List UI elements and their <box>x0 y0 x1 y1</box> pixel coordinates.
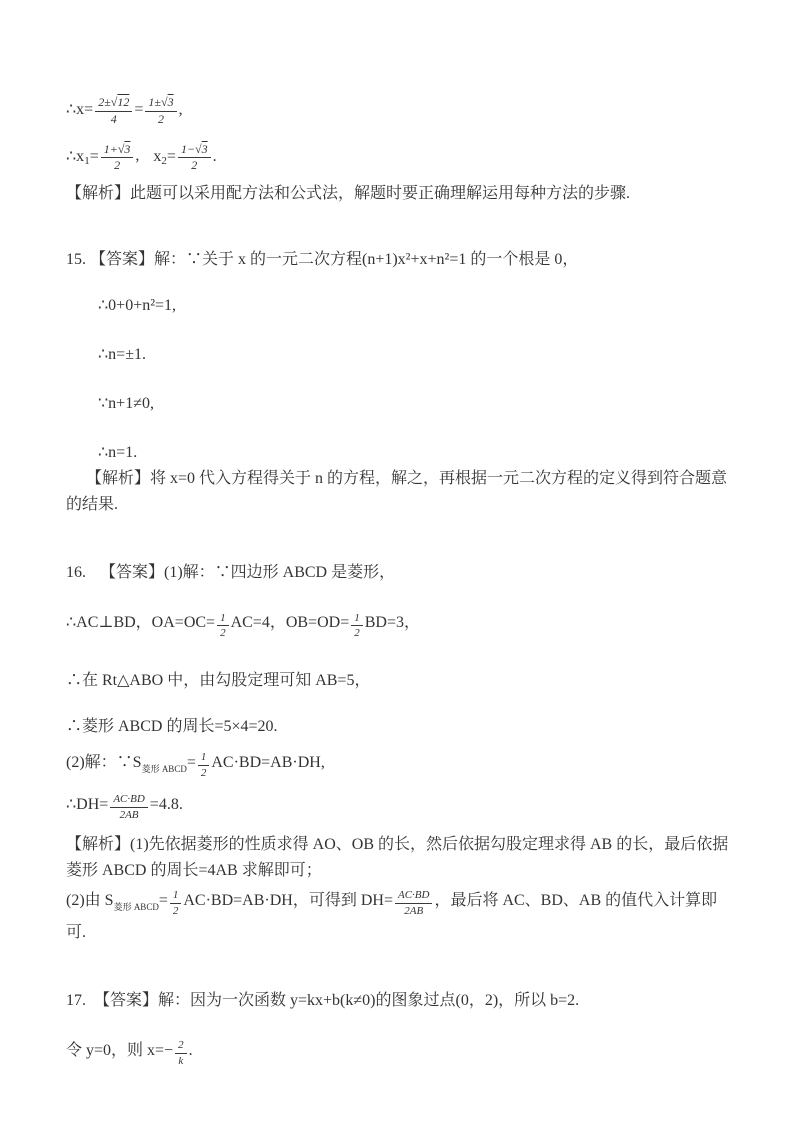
math-text: 1−√ <box>181 142 202 156</box>
question-16-solution: 16.【答案】(1)解：∵四边形 ABCD 是菱形， ∴AC⊥BD，OA=OC=… <box>66 560 731 945</box>
solution-step: ∴n=±1. <box>98 342 731 368</box>
math-text: =4.8. <box>150 796 183 813</box>
math-text: AC=4，OB=OD= <box>231 614 350 631</box>
fraction-denominator: 4 <box>95 112 132 127</box>
math-fraction: AC·BD2AB <box>110 793 147 821</box>
answer-text: 【答案】(1)解：∵四边形 ABCD 是菱形， <box>100 564 395 581</box>
math-text: AC·BD=AB·DH，可得到 DH= <box>183 892 393 909</box>
solution-step: ∴在 Rt△ABO 中，由勾股定理可知 AB=5， <box>66 668 731 694</box>
fraction-numerator: 2 <box>175 1039 187 1054</box>
fraction-denominator: 2AB <box>395 904 432 918</box>
math-text: 1+√ <box>104 142 125 156</box>
question-heading: 17.【答案】解：因为一次函数 y=kx+b(k≠0)的图象过点(0，2)，所以… <box>66 988 731 1014</box>
sqrt-radicand: 12 <box>117 95 129 109</box>
fraction-denominator: 2 <box>217 626 229 640</box>
question-14-solution: ∴x=2±√124=1±√32, ∴x1=1+√32,x2=1−√32. 【解析… <box>66 96 731 207</box>
math-text: ∴DH= <box>66 796 108 813</box>
math-text: . <box>213 147 217 164</box>
math-fraction: 1+√32 <box>101 143 134 174</box>
fraction-numerator: 2±√12 <box>95 96 132 112</box>
math-fraction: 2k <box>175 1039 187 1067</box>
fraction-numerator: AC·BD <box>110 793 147 808</box>
fraction-denominator: 2 <box>170 904 182 918</box>
fraction-denominator: k <box>175 1054 187 1068</box>
analysis-paragraph: 【解析】(1)先依据菱形的性质求得 AO、OB 的长，然后依据勾股定理求得 AB… <box>66 832 731 884</box>
formula-line-x1-x2: ∴x1=1+√32,x2=1−√32. <box>66 143 731 174</box>
math-text: (2)由 S <box>66 892 114 909</box>
fraction-numerator: 1−√3 <box>178 143 211 159</box>
math-text: BD=3， <box>365 614 420 631</box>
formula-line-dh: ∴DH=AC·BD2AB=4.8. <box>66 792 731 822</box>
math-text: , <box>179 101 183 118</box>
fraction-denominator: 2AB <box>110 808 147 822</box>
solution-step: ∴n=1. <box>98 440 731 466</box>
analysis-paragraph: 【解析】此题可以采用配方法和公式法，解题时要正确理解运用每种方法的步骤. <box>66 181 731 207</box>
solution-step: ∴0+0+n²=1, <box>98 293 731 319</box>
math-fraction: 12 <box>198 751 210 779</box>
formula-line-x-roots: ∴x=2±√124=1±√32, <box>66 96 731 127</box>
fraction-numerator: 1+√3 <box>101 143 134 159</box>
answer-text: 【答案】解：∵关于 x 的一元二次方程(n+1)x²+x+n²=1 的一个根是 … <box>90 251 578 268</box>
fraction-denominator: 2 <box>178 158 211 173</box>
fraction-numerator: 1 <box>198 751 210 766</box>
subscript-rhombus-label: 菱形 ABCD <box>142 764 187 774</box>
solution-step: ∴菱形 ABCD 的周长=5×4=20. <box>66 714 731 740</box>
sqrt-radicand: 3 <box>124 142 130 156</box>
math-text: = <box>159 892 168 909</box>
math-text: (2)解：∵S <box>66 754 142 771</box>
question-17-solution: 17.【答案】解：因为一次函数 y=kx+b(k≠0)的图象过点(0，2)，所以… <box>66 988 731 1068</box>
math-fraction: 1−√32 <box>178 143 211 174</box>
question-heading: 15.【答案】解：∵关于 x 的一元二次方程(n+1)x²+x+n²=1 的一个… <box>66 247 731 273</box>
fraction-denominator: 2 <box>351 626 363 640</box>
math-fraction: 1±√32 <box>145 96 176 127</box>
formula-line-x-intercept: 令 y=0，则 x=−2k. <box>66 1038 731 1068</box>
fraction-numerator: 1±√3 <box>145 96 176 112</box>
math-fraction: 12 <box>170 889 182 917</box>
math-fraction: 2±√124 <box>95 96 132 127</box>
sqrt-radicand: 3 <box>202 142 208 156</box>
fraction-numerator: 1 <box>351 612 363 627</box>
formula-line-diagonals: ∴AC⊥BD，OA=OC=12AC=4，OB=OD=12BD=3， <box>66 610 731 640</box>
question-number: 17. <box>66 992 86 1009</box>
math-text: , <box>135 147 139 164</box>
subscript-rhombus-label: 菱形 ABCD <box>114 902 159 912</box>
fraction-numerator: 1 <box>217 612 229 627</box>
analysis-paragraph: 【解析】将 x=0 代入方程得关于 n 的方程，解之，再根据一元二次方程的定义得… <box>66 466 731 518</box>
math-text: ∴x= <box>66 101 93 118</box>
fraction-numerator: 1 <box>170 889 182 904</box>
solution-step: ∵n+1≠0, <box>98 391 731 417</box>
math-fraction: 12 <box>217 612 229 640</box>
question-number: 16. <box>66 564 86 581</box>
math-text: = <box>90 147 99 164</box>
question-15-solution: 15.【答案】解：∵关于 x 的一元二次方程(n+1)x²+x+n²=1 的一个… <box>66 247 731 518</box>
fraction-denominator: 2 <box>145 112 176 127</box>
math-text: ∴AC⊥BD，OA=OC= <box>66 614 215 631</box>
math-text: 2±√ <box>98 95 117 109</box>
math-text: ∴x <box>66 147 84 164</box>
solution-steps: ∴0+0+n²=1, ∴n=±1. ∵n+1≠0, ∴n=1. <box>66 293 731 466</box>
formula-line-area: (2)解：∵S菱形 ABCD=12AC·BD=AB·DH, <box>66 750 731 782</box>
sqrt-radicand: 3 <box>168 95 174 109</box>
math-text: = <box>134 101 143 118</box>
fraction-denominator: 2 <box>101 158 134 173</box>
math-text: = <box>187 754 196 771</box>
question-heading: 16.【答案】(1)解：∵四边形 ABCD 是菱形， <box>66 560 731 586</box>
math-text: . <box>189 1042 193 1059</box>
document-page: ∴x=2±√124=1±√32, ∴x1=1+√32,x2=1−√32. 【解析… <box>0 0 793 1122</box>
fraction-numerator: AC·BD <box>395 889 432 904</box>
analysis-paragraph: (2)由 S菱形 ABCD=12AC·BD=AB·DH，可得到 DH=AC·BD… <box>66 888 731 946</box>
fraction-denominator: 2 <box>198 766 210 780</box>
math-text: 1±√ <box>148 95 167 109</box>
math-fraction: AC·BD2AB <box>395 889 432 917</box>
math-text: 令 y=0，则 x=− <box>66 1042 173 1059</box>
question-number: 15. <box>66 251 86 268</box>
math-fraction: 12 <box>351 612 363 640</box>
math-text: = <box>167 147 176 164</box>
answer-text: 【答案】解：因为一次函数 y=kx+b(k≠0)的图象过点(0，2)，所以 b=… <box>94 992 579 1009</box>
math-text: AC·BD=AB·DH, <box>211 754 324 771</box>
